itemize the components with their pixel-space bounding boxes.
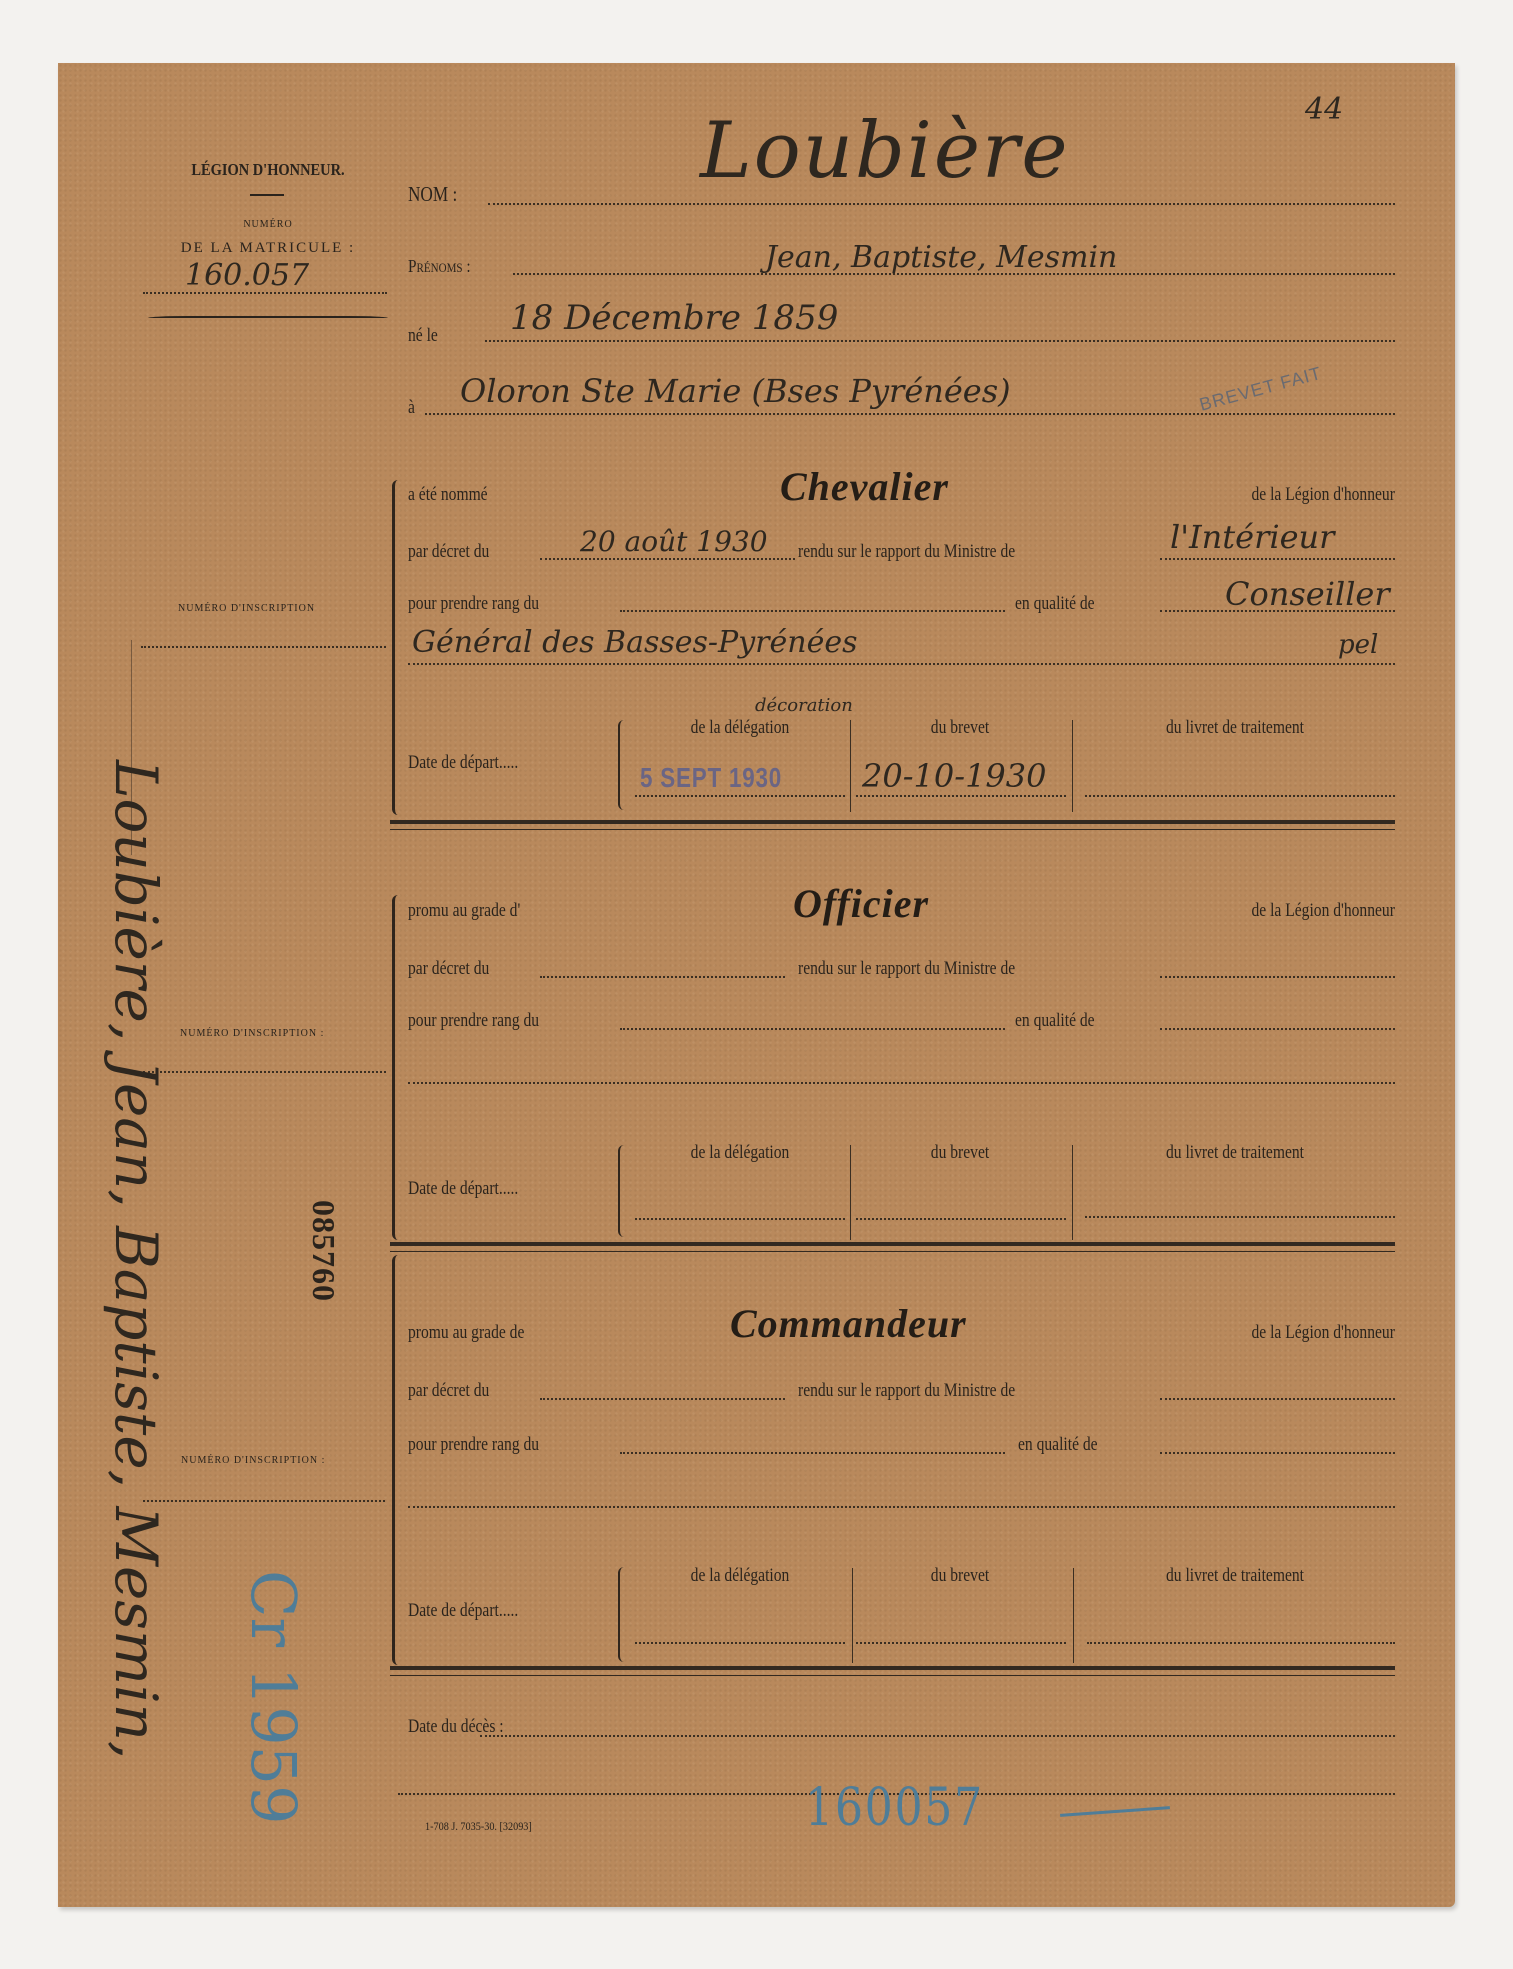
ne-le-value: 18 Décembre 1859 [510, 298, 838, 338]
officier-rang-label: pour prendre rang du [408, 1010, 539, 1032]
chevalier-col-delegation: de la délégation [654, 717, 826, 739]
a-value: Oloron Ste Marie (Bses Pyrénées) [460, 372, 1011, 410]
officier-divider-1 [850, 1145, 851, 1240]
commandeur-extra-dotline [408, 1506, 1395, 1508]
inscription-label-2: NUMÉRO D'INSCRIPTION : [180, 1028, 324, 1039]
commandeur-intro: promu au grade de [408, 1322, 524, 1344]
officier-livret-dotline [1085, 1216, 1395, 1218]
officier-grade-title: Officier [793, 880, 929, 927]
chevalier-qualite-label: en qualité de [1015, 593, 1095, 615]
chevalier-col-delegation-annotation: décoration [755, 695, 853, 716]
chevalier-extra-initials: pel [1338, 630, 1378, 660]
nom-dotline [488, 203, 1395, 205]
matricule-value: 160.057 [185, 258, 309, 293]
section-commandeur-brace [392, 1255, 401, 1665]
section-separator-3 [390, 1666, 1395, 1676]
section-separator-1 [390, 820, 1395, 830]
inscription-label-1: NUMÉRO D'INSCRIPTION [178, 603, 315, 614]
chevalier-rapport-label: rendu sur le rapport du Ministre de [798, 541, 1015, 563]
matricule-label-1: NUMÉRO [163, 219, 373, 230]
prenoms-label: Prénoms : [408, 256, 471, 277]
matricule-dotline [143, 292, 387, 294]
ne-le-label: né le [408, 325, 438, 347]
sidebar-stamp-number: 085760 [305, 1200, 342, 1302]
officier-rapport-label: rendu sur le rapport du Ministre de [798, 958, 1015, 980]
officier-decret-label: par décret du [408, 958, 489, 980]
commandeur-rang-dotline [620, 1452, 1005, 1454]
corner-note: 44 [1305, 92, 1343, 127]
commandeur-grade-title: Commandeur [730, 1300, 967, 1347]
chevalier-divider-1 [850, 720, 851, 812]
commandeur-depart-label: Date de départ..... [408, 1600, 518, 1622]
commandeur-rapport-dotline [1160, 1398, 1395, 1400]
chevalier-delegation-dotline [635, 795, 845, 797]
officier-brevet-dotline [856, 1218, 1066, 1220]
commandeur-qualite-dotline [1160, 1452, 1395, 1454]
officier-delegation-dotline [635, 1218, 845, 1220]
officier-extra-dotline [408, 1082, 1395, 1084]
sidebar-blue-annotation: Cr 1959 [237, 1570, 310, 1825]
chevalier-delegation-stamp: 5 SEPT 1930 [640, 762, 782, 794]
chevalier-depart-brace [618, 720, 626, 810]
commandeur-delegation-dotline [635, 1642, 845, 1644]
commandeur-rapport-label: rendu sur le rapport du Ministre de [798, 1380, 1015, 1402]
chevalier-brevet-dotline [856, 795, 1066, 797]
officier-depart-label: Date de départ..... [408, 1178, 518, 1200]
officier-depart-brace [618, 1145, 626, 1237]
footer-blue-number: 160057 [805, 1778, 984, 1838]
commandeur-col-delegation: de la délégation [654, 1565, 826, 1587]
matricule-flourish [148, 316, 388, 318]
chevalier-intro: a été nommé [408, 484, 488, 506]
a-dotline [425, 413, 1395, 415]
a-label: à [408, 397, 415, 419]
nom-label: NOM : [408, 182, 457, 207]
officier-qualite-label: en qualité de [1015, 1010, 1095, 1032]
chevalier-col-livret: du livret de traitement [1112, 717, 1358, 739]
inscription-dotline-3 [143, 1500, 385, 1502]
commandeur-decret-dotline [540, 1398, 785, 1400]
matricule-label-2: DE LA MATRICULE : [163, 240, 373, 257]
chevalier-divider-2 [1072, 720, 1073, 812]
section-chevalier-brace [392, 480, 401, 815]
commandeur-livret-dotline [1087, 1642, 1395, 1644]
officier-suffix: de la Légion d'honneur [1252, 900, 1395, 922]
title-underline [250, 194, 284, 196]
officier-qualite-dotline [1160, 1028, 1395, 1030]
chevalier-decret-value: 20 août 1930 [580, 525, 768, 558]
inscription-label-3: NUMÉRO D'INSCRIPTION : [181, 1455, 325, 1466]
officier-decret-dotline [540, 976, 785, 978]
officier-divider-2 [1072, 1145, 1073, 1240]
commandeur-divider-1 [852, 1568, 853, 1663]
chevalier-livret-dotline [1085, 795, 1395, 797]
commandeur-decret-label: par décret du [408, 1380, 489, 1402]
commandeur-divider-2 [1073, 1568, 1074, 1663]
chevalier-qualite-value: Conseiller [1225, 575, 1390, 613]
chevalier-extra-dotline [408, 663, 1395, 665]
chevalier-decret-label: par décret du [408, 541, 489, 563]
commandeur-col-brevet: du brevet [874, 1565, 1046, 1587]
print-reference: 1-708 J. 7035-30. [32093] [425, 1819, 532, 1834]
chevalier-col-brevet: du brevet [874, 717, 1046, 739]
chevalier-rang-label: pour prendre rang du [408, 593, 539, 615]
nom-value: Loubière [700, 106, 1069, 196]
chevalier-brevet-value: 20-10-1930 [862, 757, 1047, 795]
officier-rapport-dotline [1160, 976, 1395, 978]
ne-le-dotline [485, 340, 1395, 342]
chevalier-rapport-dotline [1160, 558, 1395, 560]
commandeur-qualite-label: en qualité de [1018, 1434, 1098, 1456]
prenoms-value: Jean, Baptiste, Mesmin [765, 240, 1117, 275]
officier-col-delegation: de la délégation [654, 1142, 826, 1164]
chevalier-grade-title: Chevalier [780, 463, 949, 510]
institution-title: LÉGION D'HONNEUR. [179, 160, 358, 180]
officier-intro: promu au grade d' [408, 900, 520, 922]
chevalier-rang-dotline [620, 610, 1005, 612]
chevalier-suffix: de la Légion d'honneur [1252, 484, 1395, 506]
commandeur-col-livret: du livret de traitement [1112, 1565, 1358, 1587]
commandeur-depart-brace [618, 1567, 626, 1662]
chevalier-depart-label: Date de départ..... [408, 752, 518, 774]
officier-col-livret: du livret de traitement [1112, 1142, 1358, 1164]
commandeur-suffix: de la Légion d'honneur [1252, 1322, 1395, 1344]
chevalier-extra-line: Général des Basses-Pyrénées [412, 625, 858, 660]
section-officier-brace [392, 895, 401, 1240]
officier-rang-dotline [620, 1028, 1005, 1030]
inscription-dotline-1 [141, 646, 386, 648]
section-separator-2 [390, 1242, 1395, 1252]
inscription-dotline-2 [143, 1071, 386, 1073]
sidebar-vertical-name: Loubière, Jean, Baptiste, Mesmin, [102, 760, 170, 1759]
chevalier-rapport-value: l'Intérieur [1170, 518, 1334, 556]
deces-dotline [480, 1735, 1395, 1737]
commandeur-brevet-dotline [856, 1642, 1066, 1644]
officier-col-brevet: du brevet [874, 1142, 1046, 1164]
commandeur-rang-label: pour prendre rang du [408, 1434, 539, 1456]
chevalier-decret-dotline [540, 558, 795, 560]
